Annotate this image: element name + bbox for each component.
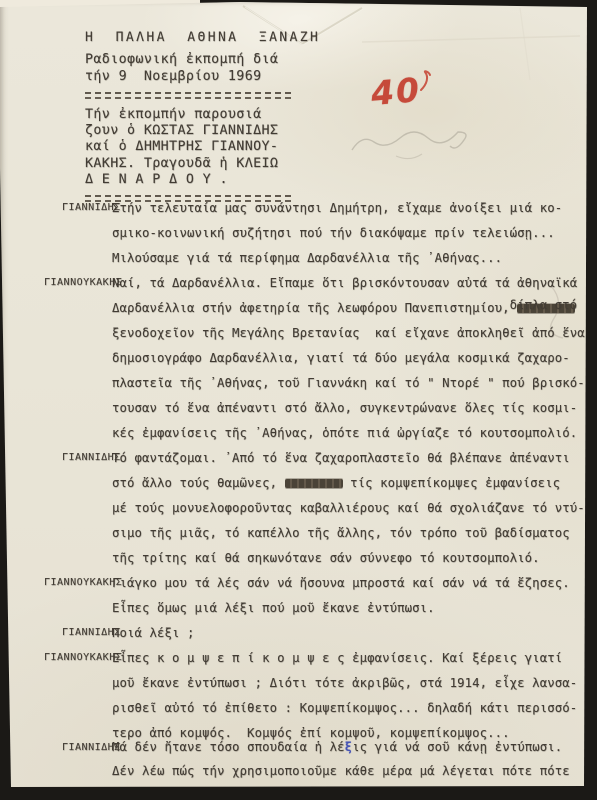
presenter-line: ΚΑΚΗΣ. Τραγουδᾶ ἡ ΚΛΕΙΩ — [85, 156, 320, 172]
dialogue-entry: ΓΙΑΝΝΙΔΗΣΣτήν τελευταία μας συνάντησι Δη… — [0, 196, 586, 271]
text-segment: Δαρδανέλλια στήν ἀφετηρία τῆς λεωφόρου Π… — [112, 301, 517, 315]
crossed-out-word — [285, 479, 343, 488]
text-segment: ις γιά νά σοῦ κάνῃ ἐντύπωσι. — [352, 740, 562, 754]
presenter-line: Τήν ἐκπομπήν παρουσιά — [85, 107, 320, 123]
dialogue-line: κές ἐμφανίσεις τῆς ᾿Αθήνας, ὁπότε πιά ὠρ… — [112, 421, 586, 446]
dialogue-line: δημοσιογράφο Δαρδανέλλια, γιατί τά δύο μ… — [112, 346, 586, 371]
dialogue-line: σιμο τῆς μιᾶς, τό καπέλλο τῆς ἄλλης, τόν… — [112, 521, 586, 546]
dialogue-line: Εἶπες ὅμως μιά λέξι πού μοῦ ἔκανε ἐντύπω… — [112, 596, 586, 621]
speaker-label: ΓΙΑΝΝΙΔΗΣ — [62, 742, 121, 753]
speaker-label: ΓΙΑΝΝΟΥΚΑΚΗΣ — [44, 277, 122, 288]
red-duration-note: 40 — [369, 70, 422, 113]
presenter-line: Δ Ε Ν Α Ρ Δ Ο Υ . — [85, 172, 320, 188]
dialogue-line: Ποιά λέξι ; — [112, 621, 586, 646]
inserted-correction-text: δίπλα στό — [510, 299, 578, 311]
speaker-label: ΓΙΑΝΝΟΥΚΑΚΗΣ — [44, 577, 122, 588]
dialogue-line: Τό φαντάζομαι. ᾿Από τό ἕνα ζαχαροπλαστεῖ… — [112, 446, 586, 471]
dialogue-line: Γιάγκο μου τά λές σάν νά ἤσουνα μπροστά … — [112, 571, 586, 596]
text-segment: στό ἄλλο τούς θαμῶνες, — [112, 476, 285, 490]
text-segment: τίς κομψεπίκομψες ἐμφανίσεις — [343, 476, 561, 490]
dialogue-line: σμικο-κοινωνική συζήτησι πού τήν διακόψα… — [112, 221, 586, 246]
dialogue-entry: ΓΙΑΝΝΟΥΚΑΚΗΣΕἶπες κ ο μ ψ ε π ί κ ο μ ψ … — [0, 646, 586, 746]
dialogue-entry: ΓΙΑΝΝΟΥΚΑΚΗΣΓιάγκο μου τά λές σάν νά ἤσο… — [0, 571, 586, 621]
scanned-page: { "header": { "title": "Η ΠΑΛΗΑ ΑΘΗΝΑ ΞΑ… — [0, 0, 597, 800]
typed-correction — [285, 471, 343, 496]
dialogue-line: τῆς τρίτης καί θά σηκωνότανε σάν σύννεφο… — [112, 546, 586, 571]
page-title: Η ΠΑΛΗΑ ΑΘΗΝΑ ΞΑΝΑΖΗ — [85, 30, 320, 45]
dialogue-line: τουσαν τό ἕνα ἀπέναντι στό ἄλλο, συγκεντ… — [112, 396, 586, 421]
dialogue-line: Εἶπες κ ο μ ψ ε π ί κ ο μ ψ ε ς ἐμφανίσε… — [112, 646, 586, 671]
header-block: Η ΠΑΛΗΑ ΑΘΗΝΑ ΞΑΝΑΖΗ Ραδιοφωνική ἐκπομπή… — [85, 30, 320, 210]
blue-ink-correction: ξ — [345, 740, 353, 754]
dialogue-line: ρισθεῖ αὐτό τό ἐπίθετο : Κομψεπίκομψος..… — [112, 696, 586, 721]
paper: Η ΠΑΛΗΑ ΑΘΗΝΑ ΞΑΝΑΖΗ Ραδιοφωνική ἐκπομπή… — [0, 0, 597, 800]
broadcast-info-line: Ραδιοφωνική ἐκπομπή διά — [85, 52, 320, 69]
dialogue-entry: ΓΙΑΝΝΙΔΗΣΠοιά λέξι ; — [0, 621, 586, 646]
dialogue-line: Δαρδανέλλια στήν ἀφετηρία τῆς λεωφόρου Π… — [112, 296, 586, 321]
dialogue-line: Μιλούσαμε γιά τά περίφημα Δαρδανέλλια τῆ… — [112, 246, 586, 271]
dialogue-entry: ΓΙΑΝΝΟΥΚΑΚΗΣΝαί, τά Δαρδανέλλια. Εἴπαμε … — [0, 271, 586, 446]
dialogue-entry: ΓΙΑΝΝΙΔΗΣΤό φαντάζομαι. ᾿Από τό ἕνα ζαχα… — [0, 446, 586, 571]
dialogue-line: στό ἄλλο τούς θαμῶνες, τίς κομψεπίκομψες… — [112, 471, 586, 496]
dialogue-line: Ναί, τά Δαρδανέλλια. Εἴπαμε ὅτι βρισκόντ… — [112, 271, 586, 296]
presenter-line: καί ὁ ΔΗΜΗΤΡΗΣ ΓΙΑΝΝΟΥ- — [85, 139, 320, 155]
typed-correction: δίπλα στό — [517, 296, 575, 321]
dialogue-line: Μά δέν ἤτανε τόσο σπουδαία ἡ λέξις γιά ν… — [112, 736, 586, 760]
dialogue-line: Δέν λέω πώς τήν χρησιμοποιοῦμε κάθε μέρα… — [112, 760, 586, 784]
dialogue-line: πλαστεῖα τῆς ᾿Αθήνας, τοῦ Γιαννάκη καί τ… — [112, 371, 586, 396]
minute-prime-mark-icon — [418, 70, 434, 94]
speaker-label: ΓΙΑΝΝΙΔΗΣ — [62, 452, 121, 463]
speaker-label: ΓΙΑΝΝΙΔΗΣ — [62, 627, 121, 638]
text-segment: Μά δέν ἤτανε τόσο σπουδαία ἡ λέ — [112, 740, 345, 754]
broadcast-date-line: τήν 9 Νοεμβρίου 1969 — [85, 69, 320, 86]
presenter-line: ζουν ὁ ΚΩΣΤΑΣ ΓΙΑΝΝΙΔΗΣ — [85, 123, 320, 139]
dialogue-line: Στήν τελευταία μας συνάντησι Δημήτρη, εἴ… — [112, 196, 586, 221]
presenters-block: Τήν ἐκπομπήν παρουσιά ζουν ὁ ΚΩΣΤΑΣ ΓΙΑΝ… — [85, 107, 320, 188]
dialogue-line: μέ τούς μονυελοφοροῦντας καβαλλιέρους κα… — [112, 496, 586, 521]
speaker-label: ΓΙΑΝΝΟΥΚΑΚΗΣ — [44, 652, 122, 663]
dialogue-line: μοῦ ἔκανε ἐντύπωσι ; Διότι τότε ἀκριβῶς,… — [112, 671, 586, 696]
dialogue-line: ξενοδοχεῖον τῆς Μεγάλης Βρετανίας καί εἴ… — [112, 321, 586, 346]
double-rule-top — [85, 92, 291, 99]
dialogue: ΓΙΑΝΝΙΔΗΣΣτήν τελευταία μας συνάντησι Δη… — [0, 196, 586, 783]
dialogue-entry: ΓΙΑΝΝΙΔΗΣΜά δέν ἤτανε τόσο σπουδαία ἡ λέ… — [0, 736, 586, 783]
speaker-label: ΓΙΑΝΝΙΔΗΣ — [62, 202, 121, 213]
